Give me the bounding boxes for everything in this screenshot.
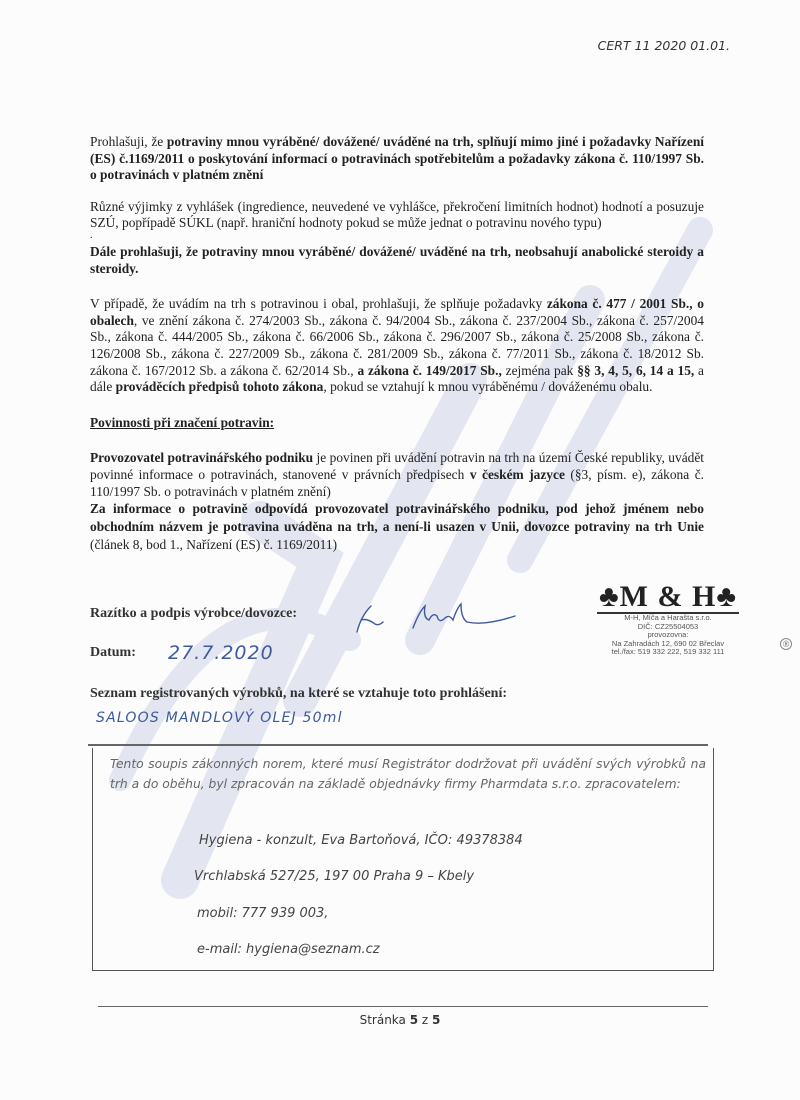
handwritten-signature [345, 598, 525, 638]
paragraph-packaging: V případě, že uvádím na trh s potravinou… [90, 296, 704, 396]
registered-mark-icon: ® [780, 638, 792, 650]
processor-email: e-mail: hygiena@seznam.cz [197, 942, 380, 957]
processor-intro: Tento soupis zákonných norem, které musí… [110, 754, 706, 794]
signature-label: Razítko a podpis výrobce/dovozce: [90, 606, 297, 622]
page-number: Stránka 5 z 5 [0, 1013, 800, 1027]
document-code: CERT 11 2020 01.01. [598, 38, 730, 53]
declaration-body: Prohlašuji, že potraviny mnou vyráběné/ … [90, 134, 704, 554]
paragraph-responsibility: Za informace o potravině odpovídá provoz… [90, 500, 704, 554]
handwritten-date: 27.7.2020 [168, 642, 274, 664]
paragraph-requirements: Prohlašuji, že potraviny mnou vyráběné/ … [90, 134, 704, 184]
processor-company: Hygiena - konzult, Eva Bartoňová, IČO: 4… [199, 833, 523, 848]
section-heading-labeling: Povinnosti při značení potravin: [90, 415, 704, 432]
products-label: Seznam registrovaných výrobků, na které … [90, 686, 507, 702]
company-logo: ♣M & H♣ [597, 582, 739, 614]
processor-address: Vrchlabská 527/25, 197 00 Praha 9 – Kbel… [194, 869, 474, 884]
date-label: Datum: [90, 645, 136, 661]
processor-info-box: Tento soupis zákonných norem, které musí… [92, 748, 714, 971]
footer-rule [98, 1006, 708, 1007]
company-stamp: ♣M & H♣ M-H, Míča a Harašta s.r.o. DIČ: … [538, 582, 798, 657]
stray-dot: . [90, 232, 704, 240]
box-top-rule [88, 744, 708, 746]
paragraph-steroids: Dále prohlašuji, že potraviny mnou vyráb… [90, 244, 704, 277]
stamp-phone: tel./fax: 519 332 222, 519 332 111 [538, 648, 798, 657]
paragraph-exceptions: Různé výjimky z vyhlášek (ingredience, n… [90, 199, 704, 232]
paragraph-operator-duty: Provozovatel potravinářského podniku je … [90, 450, 704, 500]
processor-mobile: mobil: 777 939 003, [197, 906, 328, 921]
handwritten-product: SALOOS MANDLOVÝ OLEJ 50ml [96, 710, 343, 726]
